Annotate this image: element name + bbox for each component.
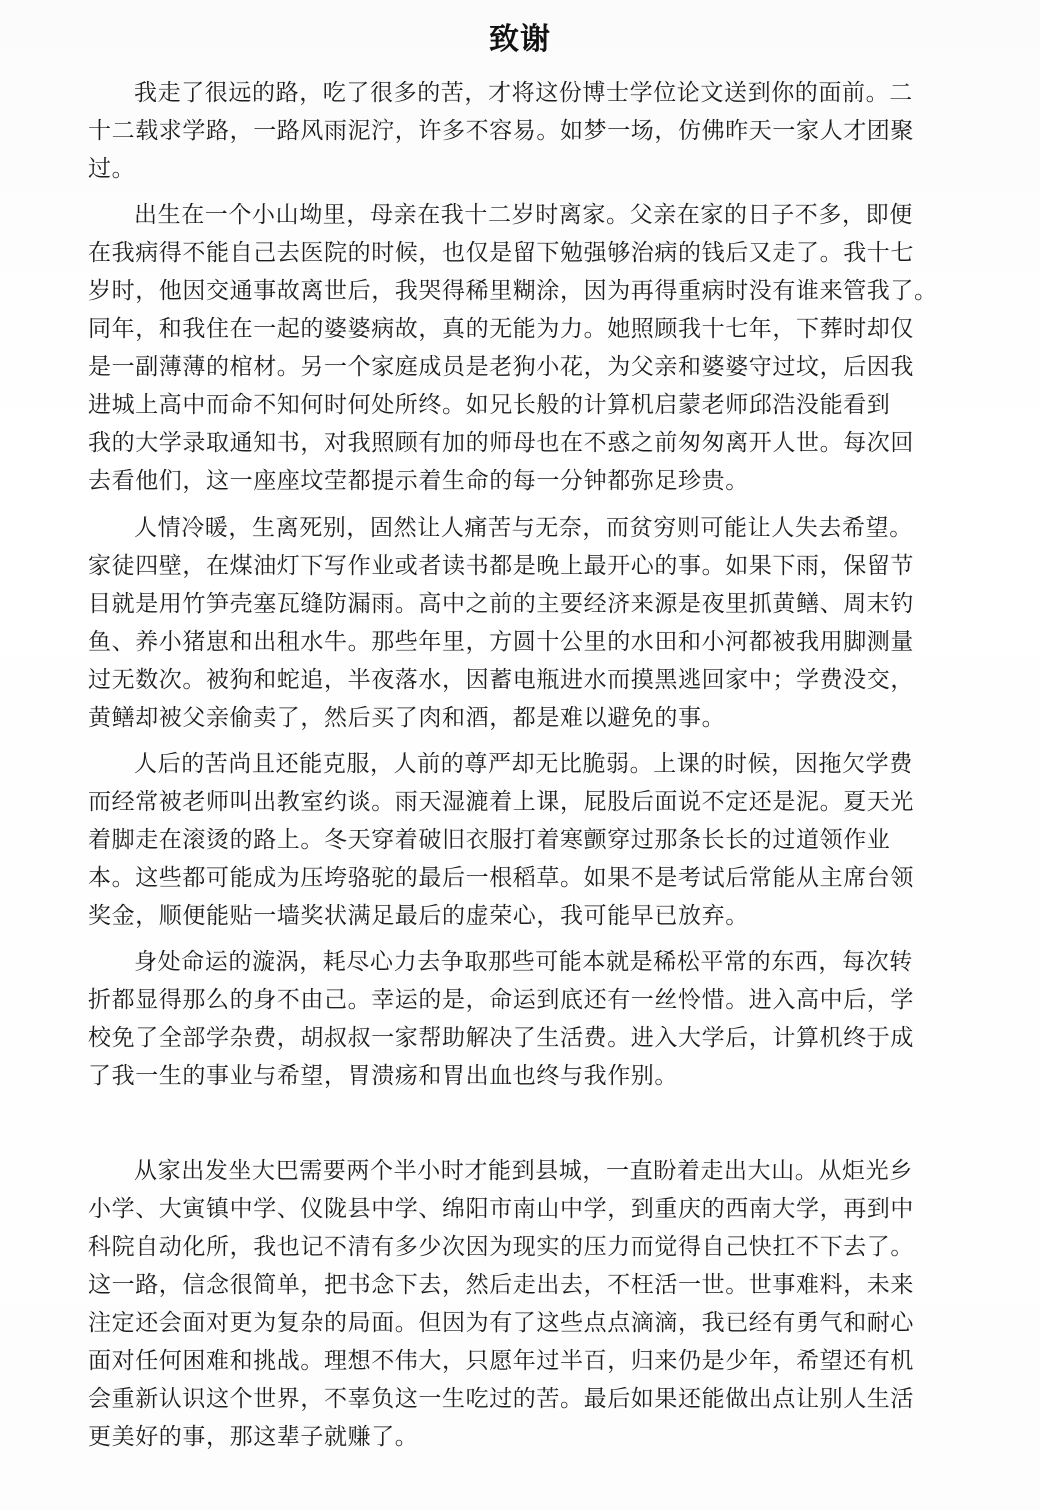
paragraph-line: 了我一生的事业与希望，胃溃疡和胃出血也终与我作别。 bbox=[88, 1057, 948, 1095]
paragraph-line: 是一副薄薄的棺材。另一个家庭成员是老狗小花，为父亲和婆婆守过坟，后因我 bbox=[88, 348, 948, 386]
paragraph-line: 身处命运的漩涡，耗尽心力去争取那些可能本就是稀松平常的东西，每次转 bbox=[88, 943, 948, 981]
paragraph-line: 目就是用竹笋壳塞瓦缝防漏雨。高中之前的主要经济来源是夜里抓黄鳝、周末钓 bbox=[88, 585, 948, 623]
paragraph-line: 在我病得不能自己去医院的时候，也仅是留下勉强够治病的钱后又走了。我十七 bbox=[88, 234, 948, 272]
paragraph-6: 从家出发坐大巴需要两个半小时才能到县城，一直盼着走出大山。从炬光乡 小学、大寅镇… bbox=[88, 1152, 948, 1456]
paragraph-2: 出生在一个小山坳里，母亲在我十二岁时离家。父亲在家的日子不多，即便 在我病得不能… bbox=[88, 196, 948, 500]
paragraph-line: 鱼、养小猪崽和出租水牛。那些年里，方圆十公里的水田和小河都被我用脚测量 bbox=[88, 623, 948, 661]
paragraph-line: 奖金，顺便能贴一墙奖状满足最后的虚荣心，我可能早已放弃。 bbox=[88, 897, 948, 935]
paragraph-line: 从家出发坐大巴需要两个半小时才能到县城，一直盼着走出大山。从炬光乡 bbox=[88, 1152, 948, 1190]
paragraph-line: 十二载求学路，一路风雨泥泞，许多不容易。如梦一场，仿佛昨天一家人才团聚 bbox=[88, 112, 948, 150]
paragraph-line: 会重新认识这个世界，不辜负这一生吃过的苦。最后如果还能做出点让别人生活 bbox=[88, 1380, 948, 1418]
paragraph-line: 科院自动化所，我也记不清有多少次因为现实的压力而觉得自己快扛不下去了。 bbox=[88, 1228, 948, 1266]
paragraph-line: 而经常被老师叫出教室约谈。雨天湿漉着上课，屁股后面说不定还是泥。夏天光 bbox=[88, 783, 948, 821]
paragraph-5: 身处命运的漩涡，耗尽心力去争取那些可能本就是稀松平常的东西，每次转 折都显得那么… bbox=[88, 943, 948, 1095]
paragraph-line: 我的大学录取通知书，对我照顾有加的师母也在不惑之前匆匆离开人世。每次回 bbox=[88, 424, 948, 462]
paragraph-line: 着脚走在滚烫的路上。冬天穿着破旧衣服打着寒颤穿过那条长长的过道领作业 bbox=[88, 821, 948, 859]
paragraph-line: 折都显得那么的身不由己。幸运的是，命运到底还有一丝怜惜。进入高中后，学 bbox=[88, 981, 948, 1019]
paragraph-line: 我走了很远的路，吃了很多的苦，才将这份博士学位论文送到你的面前。二 bbox=[88, 74, 948, 112]
paragraph-4: 人后的苦尚且还能克服，人前的尊严却无比脆弱。上课的时候，因拖欠学费 而经常被老师… bbox=[88, 745, 948, 935]
paragraph-line: 本。这些都可能成为压垮骆驼的最后一根稻草。如果不是考试后常能从主席台领 bbox=[88, 859, 948, 897]
paragraph-line: 校免了全部学杂费，胡叔叔一家帮助解决了生活费。进入大学后，计算机终于成 bbox=[88, 1019, 948, 1057]
document-page: 致谢 我走了很远的路，吃了很多的苦，才将这份博士学位论文送到你的面前。二 十二载… bbox=[0, 0, 1040, 1510]
paragraph-line: 出生在一个小山坳里，母亲在我十二岁时离家。父亲在家的日子不多，即便 bbox=[88, 196, 948, 234]
paragraph-line: 过。 bbox=[88, 150, 948, 188]
paragraph-line: 黄鳝却被父亲偷卖了，然后买了肉和酒，都是难以避免的事。 bbox=[88, 699, 948, 737]
paragraph-line: 人情冷暖，生离死别，固然让人痛苦与无奈，而贫穷则可能让人失去希望。 bbox=[88, 509, 948, 547]
paragraph-1: 我走了很远的路，吃了很多的苦，才将这份博士学位论文送到你的面前。二 十二载求学路… bbox=[88, 74, 948, 188]
paragraph-line: 过无数次。被狗和蛇追，半夜落水，因蓄电瓶进水而摸黑逃回家中；学费没交， bbox=[88, 661, 948, 699]
paragraph-3: 人情冷暖，生离死别，固然让人痛苦与无奈，而贫穷则可能让人失去希望。 家徒四壁，在… bbox=[88, 509, 948, 737]
paragraph-line: 小学、大寅镇中学、仪陇县中学、绵阳市南山中学，到重庆的西南大学，再到中 bbox=[88, 1190, 948, 1228]
paragraph-line: 注定还会面对更为复杂的局面。但因为有了这些点点滴滴，我已经有勇气和耐心 bbox=[88, 1304, 948, 1342]
paragraph-line: 家徒四壁，在煤油灯下写作业或者读书都是晚上最开心的事。如果下雨，保留节 bbox=[88, 547, 948, 585]
paragraph-line: 岁时，他因交通事故离世后，我哭得稀里糊涂，因为再得重病时没有谁来管我了。 bbox=[88, 272, 948, 310]
paragraph-line: 进城上高中而命不知何时何处所终。如兄长般的计算机启蒙老师邱浩没能看到 bbox=[88, 386, 948, 424]
paragraph-line: 面对任何困难和挑战。理想不伟大，只愿年过半百，归来仍是少年，希望还有机 bbox=[88, 1342, 948, 1380]
page-title: 致谢 bbox=[0, 14, 1040, 58]
paragraph-line: 同年，和我住在一起的婆婆病故，真的无能为力。她照顾我十七年，下葬时却仅 bbox=[88, 310, 948, 348]
paragraph-line: 这一路，信念很简单，把书念下去，然后走出去，不枉活一世。世事难料，未来 bbox=[88, 1266, 948, 1304]
paragraph-line: 更美好的事，那这辈子就赚了。 bbox=[88, 1418, 948, 1456]
paragraph-line: 人后的苦尚且还能克服，人前的尊严却无比脆弱。上课的时候，因拖欠学费 bbox=[88, 745, 948, 783]
paragraph-line: 去看他们，这一座座坟茔都提示着生命的每一分钟都弥足珍贵。 bbox=[88, 462, 948, 500]
